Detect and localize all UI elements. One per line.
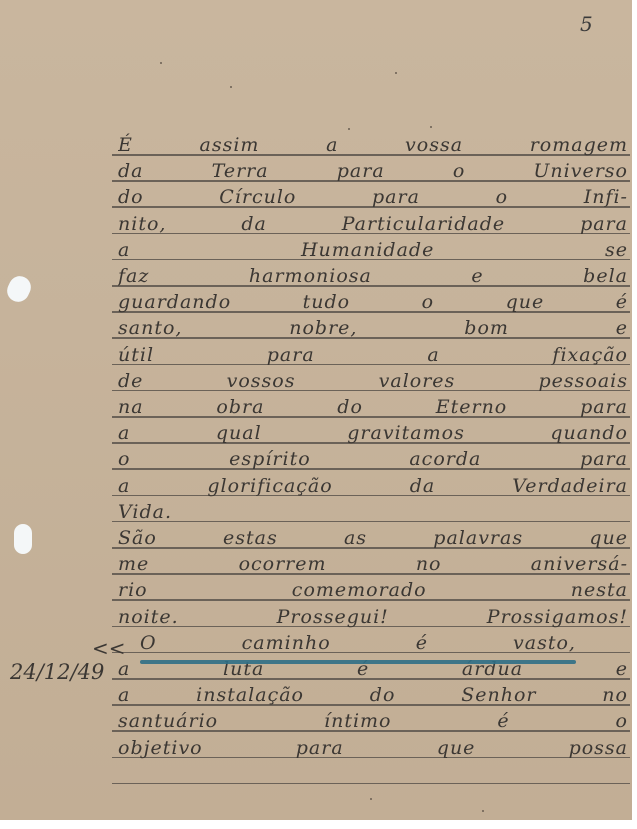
word: ocorrem: [239, 553, 327, 575]
word: rio: [118, 579, 148, 601]
word: Eterno: [436, 396, 508, 418]
word: Humanidade: [301, 239, 434, 261]
word: para: [580, 448, 628, 470]
text-line: oespíritoacordapara: [118, 444, 628, 470]
word: da: [118, 160, 144, 182]
word: para: [580, 396, 628, 418]
text-line: Sãoestasaspalavrasque: [118, 523, 628, 549]
text-line: guardandotudooqueé: [118, 287, 628, 313]
word: nesta: [571, 579, 628, 601]
text-line: devossosvalorespessoais: [118, 366, 628, 392]
word: assim: [200, 134, 260, 156]
text-line: alutaéárduae: [118, 654, 628, 680]
page-number: 5: [580, 12, 593, 36]
text-line: fazharmoniosaebela: [118, 261, 628, 287]
word: a: [118, 658, 130, 680]
word: acorda: [409, 448, 481, 470]
punch-hole-bottom: [14, 524, 32, 554]
word: Verdadeira: [512, 475, 628, 497]
word: que: [589, 527, 628, 549]
text-line: nito,daParticularidadepara: [118, 209, 628, 235]
text-line: santo,nobre,bome: [118, 313, 628, 339]
word: o: [496, 186, 508, 208]
text-line: noite.Prossegui!Prossigamos!: [118, 602, 628, 628]
word: santuário: [118, 710, 218, 732]
word: que: [437, 737, 476, 759]
word: é: [416, 632, 428, 654]
word: se: [605, 239, 628, 261]
word: comemorado: [292, 579, 427, 601]
word: da: [241, 213, 267, 235]
word: instalação: [196, 684, 304, 706]
word: tudo: [303, 291, 350, 313]
word: do: [337, 396, 363, 418]
word: fixação: [552, 344, 628, 366]
word: São: [118, 527, 157, 549]
text-line: aHumanidadese: [118, 235, 628, 261]
word: a: [326, 134, 338, 156]
word: o: [118, 448, 130, 470]
text-line: aglorificaçãodaVerdadeira: [118, 471, 628, 497]
word: o: [616, 710, 628, 732]
word: Universo: [533, 160, 628, 182]
text-line: Ocaminhoévasto,: [140, 628, 576, 654]
word: nobre,: [289, 317, 357, 339]
word: no: [602, 684, 628, 706]
word: o: [422, 291, 434, 313]
word: bela: [583, 265, 628, 287]
word: possa: [569, 737, 628, 759]
word: faz: [118, 265, 149, 287]
quote-mark: <<: [92, 636, 126, 660]
text-line: aqualgravitamosquando: [118, 418, 628, 444]
word: e: [616, 317, 628, 339]
word: de: [118, 370, 143, 392]
word: glorificação: [207, 475, 332, 497]
word: que: [506, 291, 545, 313]
text-line: útilparaafixação: [118, 340, 628, 366]
word: É: [118, 134, 133, 156]
blue-pencil-underline: [140, 660, 576, 664]
word: da: [410, 475, 436, 497]
word: me: [118, 553, 149, 575]
word: do: [118, 186, 144, 208]
word: vossa: [405, 134, 463, 156]
ruled-line: [112, 783, 630, 785]
word: vasto,: [513, 632, 576, 654]
word: harmoniosa: [249, 265, 372, 287]
word: Infi-: [584, 186, 628, 208]
word: útil: [118, 344, 154, 366]
word: e: [616, 658, 628, 680]
word: a: [427, 344, 439, 366]
word: estas: [223, 527, 278, 549]
word: e: [471, 265, 483, 287]
word: para: [337, 160, 385, 182]
text-line: naobradoEternopara: [118, 392, 628, 418]
word: Vida.: [118, 501, 172, 523]
word: para: [296, 737, 344, 759]
word: objetivo: [118, 737, 203, 759]
word: noite.: [118, 606, 179, 628]
word: as: [344, 527, 367, 549]
word: no: [416, 553, 442, 575]
word: a: [118, 422, 130, 444]
text-line: Éassimavossaromagem: [118, 130, 628, 156]
word: pessoais: [538, 370, 628, 392]
word: Círculo: [219, 186, 296, 208]
word: nito,: [118, 213, 166, 235]
word: romagem: [530, 134, 628, 156]
word: Particularidade: [342, 213, 505, 235]
punch-hole-top: [4, 273, 35, 306]
word: espírito: [229, 448, 310, 470]
word: O: [140, 632, 157, 654]
margin-date: 24/12/49: [10, 660, 104, 684]
word: Prossigamos!: [487, 606, 628, 628]
text-line: doCírculoparaoInfi-: [118, 182, 628, 208]
word: quando: [550, 422, 628, 444]
text-line: ainstalaçãodoSenhorno: [118, 680, 628, 706]
word: valores: [379, 370, 456, 392]
word: Senhor: [461, 684, 536, 706]
word: qual: [216, 422, 262, 444]
word: aniversá-: [531, 553, 628, 575]
word: Terra: [212, 160, 269, 182]
word: é: [616, 291, 628, 313]
word: para: [267, 344, 315, 366]
text-line: Vida.: [118, 497, 628, 523]
text-line: daTerraparaoUniverso: [118, 156, 628, 182]
word: é: [497, 710, 509, 732]
word: para: [372, 186, 420, 208]
word: santo,: [118, 317, 182, 339]
word: palavras: [433, 527, 523, 549]
word: obra: [216, 396, 264, 418]
word: a: [118, 475, 130, 497]
word: para: [580, 213, 628, 235]
notebook-page: 5 ÉassimavossaromagemdaTerraparaoUnivers…: [0, 0, 632, 820]
word: caminho: [242, 632, 331, 654]
text-line: objetivoparaquepossa: [118, 733, 628, 759]
word: a: [118, 239, 130, 261]
word: o: [453, 160, 465, 182]
word: do: [370, 684, 396, 706]
text-line: riocomemoradonesta: [118, 575, 628, 601]
word: bom: [464, 317, 509, 339]
word: vossos: [227, 370, 296, 392]
word: íntimo: [324, 710, 391, 732]
word: guardando: [118, 291, 231, 313]
word: na: [118, 396, 144, 418]
text-line: santuárioíntimoéo: [118, 706, 628, 732]
word: gravitamos: [347, 422, 465, 444]
word: Prossegui!: [277, 606, 389, 628]
text-line: meocorremnoaniversá-: [118, 549, 628, 575]
word: a: [118, 684, 130, 706]
